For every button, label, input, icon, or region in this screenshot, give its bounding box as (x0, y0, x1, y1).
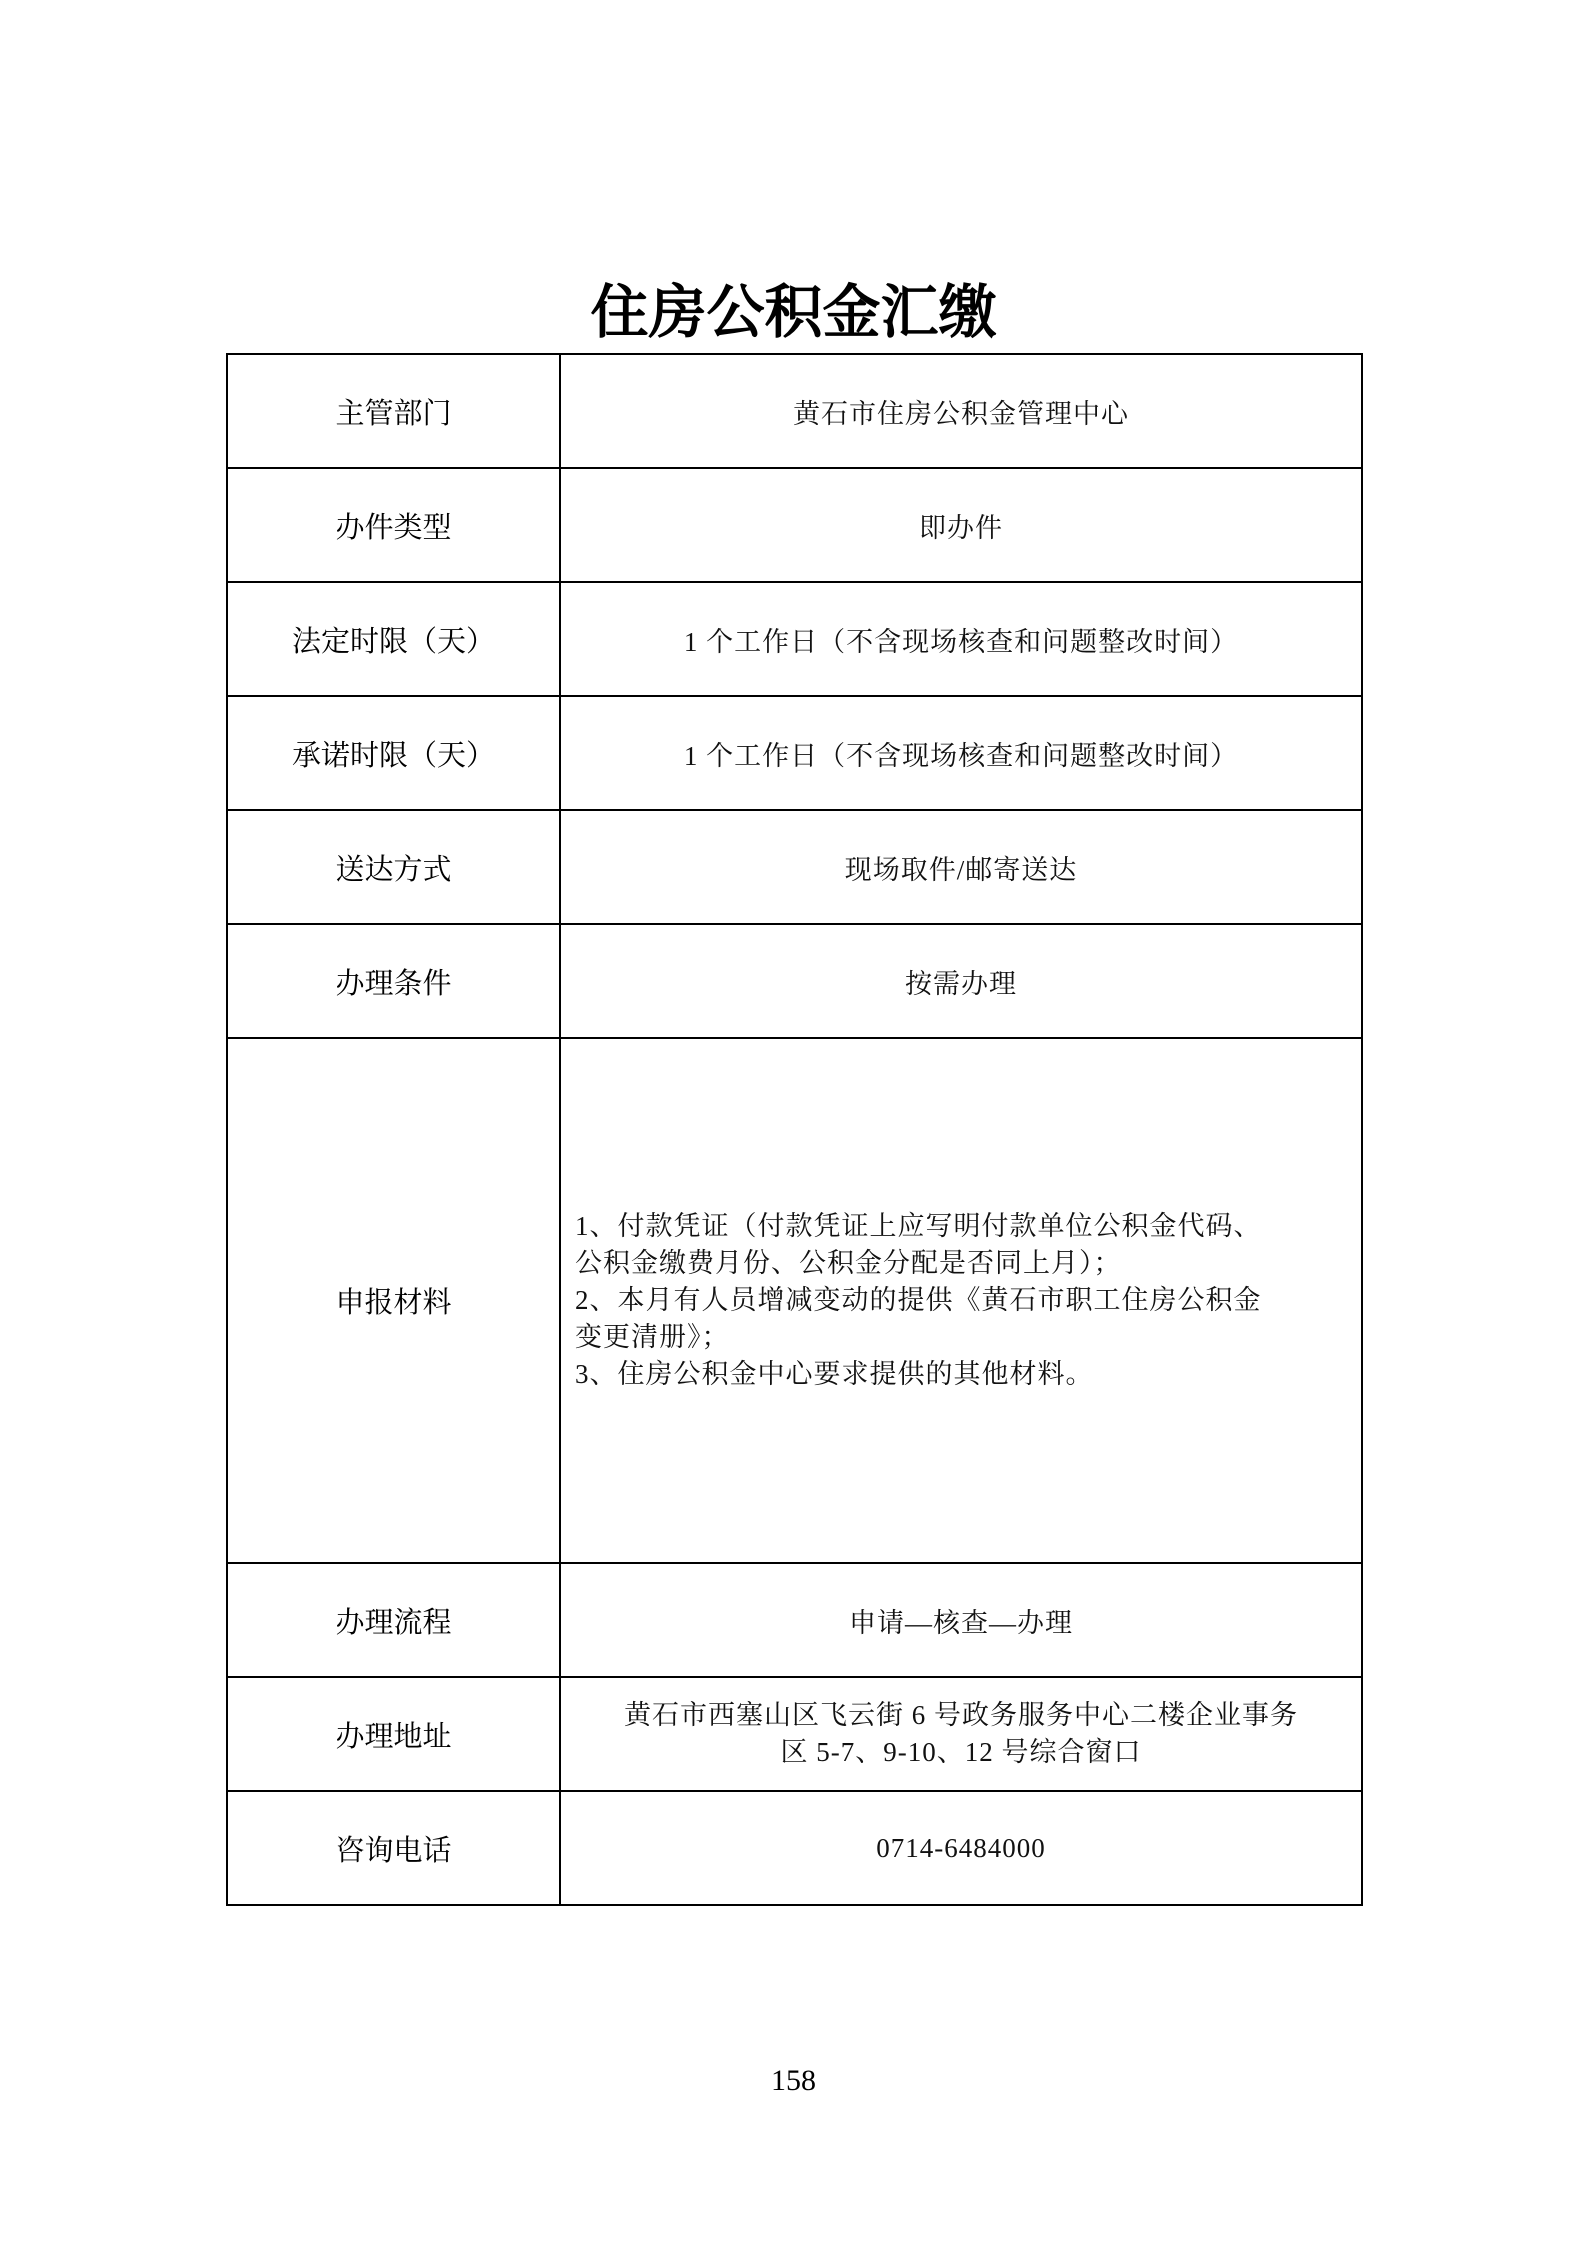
row-label: 送达方式 (227, 810, 560, 924)
table-row: 办理地址 黄石市西塞山区飞云街 6 号政务服务中心二楼企业事务 区 5-7、9-… (227, 1677, 1362, 1791)
row-label: 申报材料 (227, 1038, 560, 1563)
page-number: 158 (0, 2064, 1587, 2098)
row-value: 即办件 (560, 468, 1362, 582)
row-label: 咨询电话 (227, 1791, 560, 1905)
row-value: 按需办理 (560, 924, 1362, 1038)
table-row: 法定时限（天） 1 个工作日（不含现场核查和问题整改时间） (227, 582, 1362, 696)
address-text: 黄石市西塞山区飞云街 6 号政务服务中心二楼企业事务 区 5-7、9-10、12… (561, 1697, 1361, 1771)
row-label: 办件类型 (227, 468, 560, 582)
row-value: 申请—核查—办理 (560, 1563, 1362, 1677)
row-label: 办理条件 (227, 924, 560, 1038)
row-label: 法定时限（天） (227, 582, 560, 696)
materials-line: 2、本月有人员增减变动的提供《黄石市职工住房公积金 (575, 1282, 1347, 1319)
row-value: 黄石市住房公积金管理中心 (560, 354, 1362, 468)
row-label: 主管部门 (227, 354, 560, 468)
table-row: 送达方式 现场取件/邮寄送达 (227, 810, 1362, 924)
service-info-table: 主管部门 黄石市住房公积金管理中心 办件类型 即办件 法定时限（天） 1 个工作… (226, 353, 1363, 1906)
materials-cell: 1、付款凭证（付款凭证上应写明付款单位公积金代码、 公积金缴费月份、公积金分配是… (560, 1038, 1362, 1563)
table-row-materials: 申报材料 1、付款凭证（付款凭证上应写明付款单位公积金代码、 公积金缴费月份、公… (227, 1038, 1362, 1563)
address-line: 区 5-7、9-10、12 号综合窗口 (575, 1734, 1347, 1771)
row-label: 办理地址 (227, 1677, 560, 1791)
table-row: 办理流程 申请—核查—办理 (227, 1563, 1362, 1677)
address-cell: 黄石市西塞山区飞云街 6 号政务服务中心二楼企业事务 区 5-7、9-10、12… (560, 1677, 1362, 1791)
table-row: 办件类型 即办件 (227, 468, 1362, 582)
row-label: 承诺时限（天） (227, 696, 560, 810)
address-line: 黄石市西塞山区飞云街 6 号政务服务中心二楼企业事务 (575, 1697, 1347, 1734)
row-value: 1 个工作日（不含现场核查和问题整改时间） (560, 696, 1362, 810)
row-value: 现场取件/邮寄送达 (560, 810, 1362, 924)
materials-list: 1、付款凭证（付款凭证上应写明付款单位公积金代码、 公积金缴费月份、公积金分配是… (561, 1208, 1361, 1393)
table-row: 办理条件 按需办理 (227, 924, 1362, 1038)
row-value: 0714-6484000 (560, 1791, 1362, 1905)
row-label: 办理流程 (227, 1563, 560, 1677)
table-row: 承诺时限（天） 1 个工作日（不含现场核查和问题整改时间） (227, 696, 1362, 810)
materials-line: 3、住房公积金中心要求提供的其他材料。 (575, 1356, 1347, 1393)
materials-line: 公积金缴费月份、公积金分配是否同上月）； (575, 1245, 1347, 1282)
table-row: 咨询电话 0714-6484000 (227, 1791, 1362, 1905)
materials-line: 变更清册》； (575, 1319, 1347, 1356)
materials-line: 1、付款凭证（付款凭证上应写明付款单位公积金代码、 (575, 1208, 1347, 1245)
row-value: 1 个工作日（不含现场核查和问题整改时间） (560, 582, 1362, 696)
document-title: 住房公积金汇缴 (0, 276, 1587, 348)
table-row: 主管部门 黄石市住房公积金管理中心 (227, 354, 1362, 468)
